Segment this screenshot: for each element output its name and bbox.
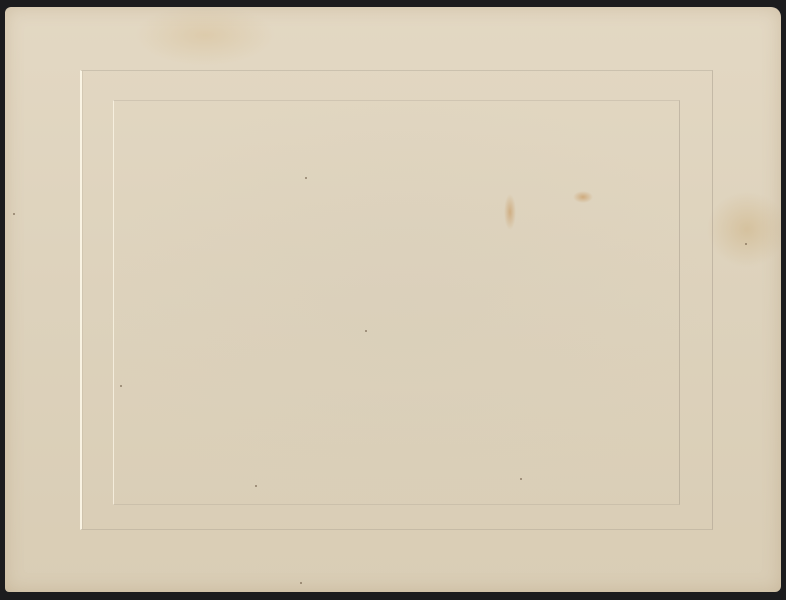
paper-speck <box>365 330 367 332</box>
paper-speck <box>745 243 747 245</box>
paper-speck <box>520 478 522 480</box>
embossed-inner-border <box>113 100 680 505</box>
aged-paper-card <box>5 7 781 592</box>
paper-speck <box>255 485 257 487</box>
paper-speck <box>300 582 302 584</box>
paper-speck <box>120 385 122 387</box>
paper-speck <box>305 177 307 179</box>
paper-speck <box>13 213 15 215</box>
